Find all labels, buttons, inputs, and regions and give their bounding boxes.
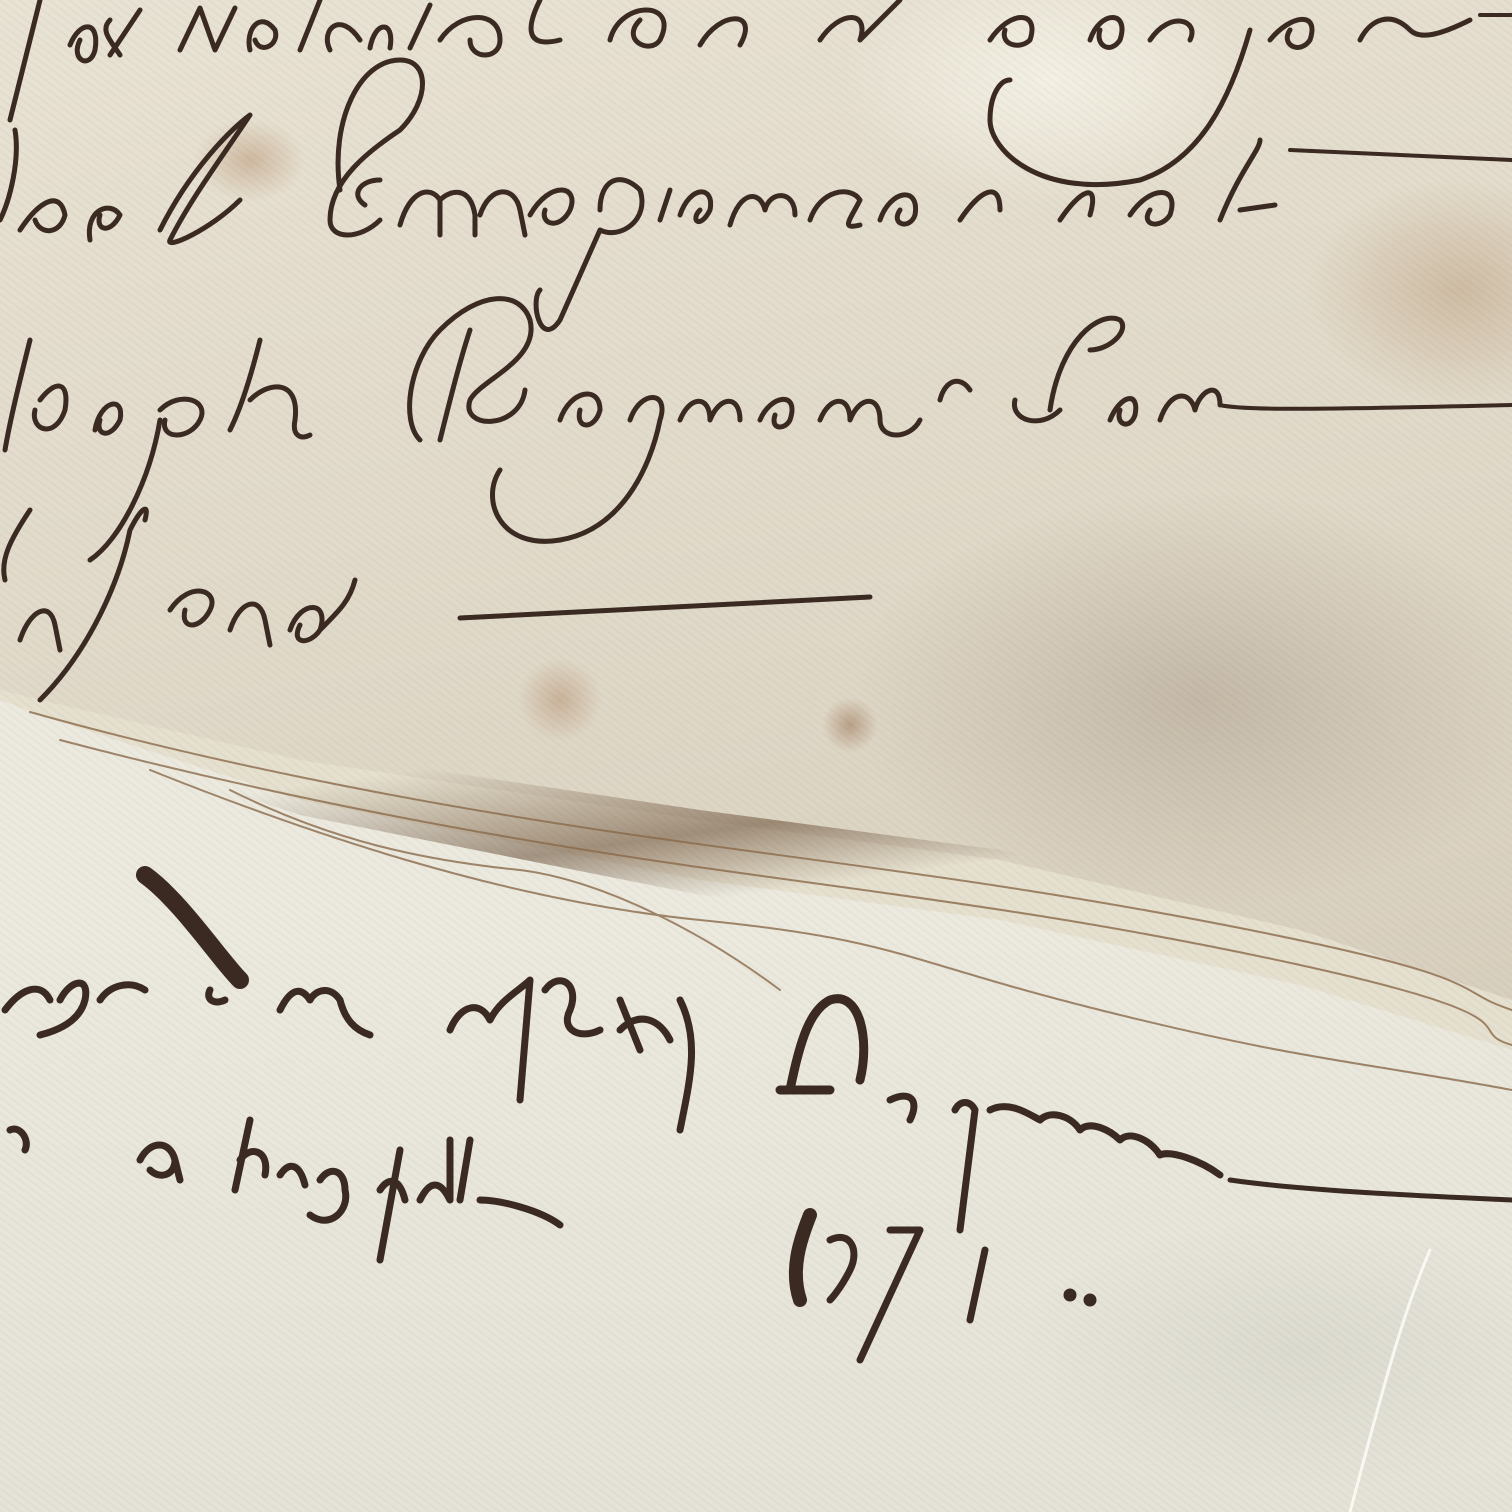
upper-line-2: asse Entrepierre et xyxy=(20,150,607,220)
upper-line-4: enfens —— xyxy=(20,560,360,630)
date-1571: 1571 xyxy=(790,1230,968,1312)
handwriting-strokes xyxy=(0,0,1512,1512)
lower-line-1: ...urgn d'un ustah de pronunna— xyxy=(10,980,948,1045)
upper-line-1: feu Nicolas de Begue— xyxy=(40,0,605,56)
upper-line-3: Joseph Beguen Sen xyxy=(20,340,706,422)
lower-line-2: ...r a brug spoller 1571 .. xyxy=(10,1140,719,1205)
line-3-ink xyxy=(5,299,1512,560)
manuscript-photo: feu Nicolas de Begue— asse Entrepierre e… xyxy=(0,0,1512,1512)
